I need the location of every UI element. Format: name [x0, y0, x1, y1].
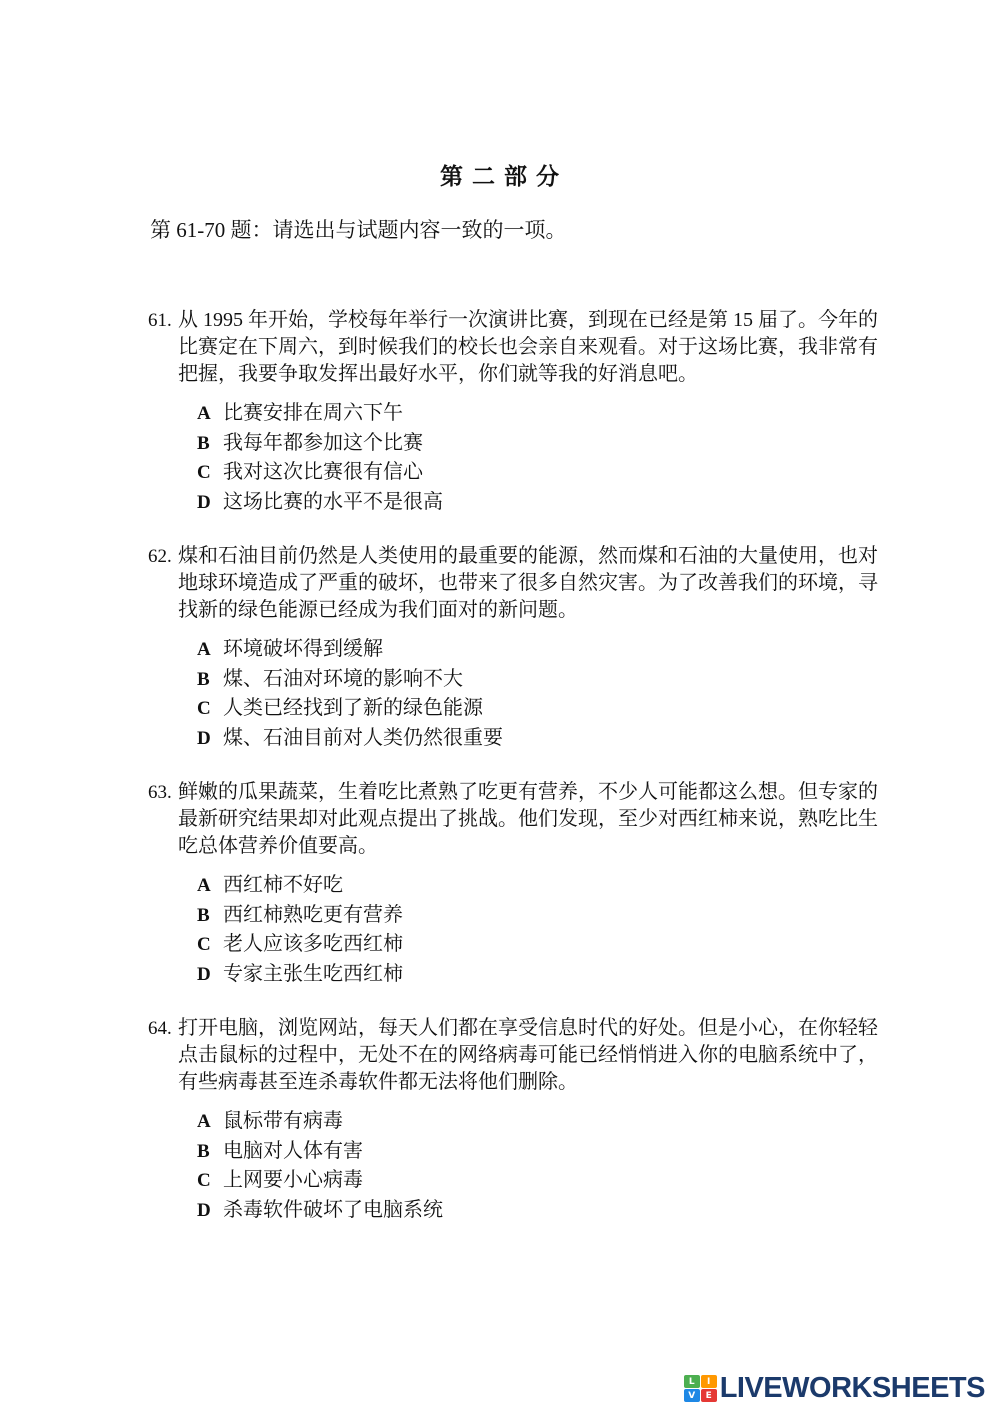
- option-61-c[interactable]: C 我对这次比赛很有信心: [197, 458, 939, 488]
- liveworksheets-logo[interactable]: L I V E LIVEWORKSHEETS: [684, 1372, 985, 1405]
- option-letter: C: [197, 694, 223, 724]
- question-text: 煤和石油目前仍然是人类使用的最重要的能源，然而煤和石油的大量使用，也对地球环境造…: [178, 543, 878, 624]
- option-text: 专家主张生吃西红柿: [223, 960, 403, 990]
- option-letter: D: [197, 1196, 223, 1226]
- question-number: 63.: [148, 779, 178, 806]
- option-text: 老人应该多吃西红柿: [223, 930, 403, 960]
- question-number: 62.: [148, 543, 178, 570]
- options-63: A 西红柿不好吃 B 西红柿熟吃更有营养 C 老人应该多吃西红柿 D 专家主张生…: [197, 871, 939, 989]
- question-list: 61. 从 1995 年开始，学校每年举行一次演讲比赛，到现在已经是第 15 届…: [0, 307, 999, 1225]
- question-62: 62. 煤和石油目前仍然是人类使用的最重要的能源，然而煤和石油的大量使用，也对地…: [148, 543, 939, 753]
- option-63-c[interactable]: C 老人应该多吃西红柿: [197, 930, 939, 960]
- option-64-a[interactable]: A 鼠标带有病毒: [197, 1107, 939, 1137]
- question-61: 61. 从 1995 年开始，学校每年举行一次演讲比赛，到现在已经是第 15 届…: [148, 307, 939, 517]
- option-text: 比赛安排在周六下午: [223, 399, 403, 429]
- options-64: A 鼠标带有病毒 B 电脑对人体有害 C 上网要小心病毒 D 杀毒软件破坏了电脑…: [197, 1107, 939, 1225]
- option-letter: A: [197, 399, 223, 429]
- option-62-b[interactable]: B 煤、石油对环境的影响不大: [197, 665, 939, 695]
- option-letter: B: [197, 1137, 223, 1167]
- section-title: 第二部分: [0, 0, 999, 191]
- option-text: 我每年都参加这个比赛: [223, 429, 423, 459]
- option-text: 鼠标带有病毒: [223, 1107, 343, 1137]
- option-text: 杀毒软件破坏了电脑系统: [223, 1196, 443, 1226]
- option-62-c[interactable]: C 人类已经找到了新的绿色能源: [197, 694, 939, 724]
- option-63-a[interactable]: A 西红柿不好吃: [197, 871, 939, 901]
- logo-square-i: I: [701, 1375, 717, 1388]
- option-letter: A: [197, 635, 223, 665]
- option-text: 上网要小心病毒: [223, 1166, 363, 1196]
- option-letter: A: [197, 1107, 223, 1137]
- logo-square-e: E: [701, 1389, 717, 1402]
- option-letter: C: [197, 458, 223, 488]
- option-letter: D: [197, 960, 223, 990]
- options-62: A 环境破坏得到缓解 B 煤、石油对环境的影响不大 C 人类已经找到了新的绿色能…: [197, 635, 939, 753]
- option-letter: C: [197, 1166, 223, 1196]
- option-61-b[interactable]: B 我每年都参加这个比赛: [197, 429, 939, 459]
- option-62-d[interactable]: D 煤、石油目前对人类仍然很重要: [197, 724, 939, 754]
- question-text: 打开电脑，浏览网站，每天人们都在享受信息时代的好处。但是小心，在你轻轻点击鼠标的…: [178, 1015, 878, 1096]
- logo-square-v: V: [684, 1389, 700, 1402]
- liveworksheets-icon: L I V E: [684, 1375, 717, 1402]
- option-64-b[interactable]: B 电脑对人体有害: [197, 1137, 939, 1167]
- option-61-d[interactable]: D 这场比赛的水平不是很高: [197, 488, 939, 518]
- option-letter: A: [197, 871, 223, 901]
- question-text: 从 1995 年开始，学校每年举行一次演讲比赛，到现在已经是第 15 届了。今年…: [178, 307, 878, 388]
- option-63-b[interactable]: B 西红柿熟吃更有营养: [197, 901, 939, 931]
- document-page: 第二部分 第 61-70 题：请选出与试题内容一致的一项。 61. 从 1995…: [0, 0, 999, 1413]
- option-letter: B: [197, 429, 223, 459]
- option-text: 电脑对人体有害: [223, 1137, 363, 1167]
- option-64-c[interactable]: C 上网要小心病毒: [197, 1166, 939, 1196]
- option-text: 煤、石油对环境的影响不大: [223, 665, 463, 695]
- option-text: 西红柿不好吃: [223, 871, 343, 901]
- instruction-text: 第 61-70 题：请选出与试题内容一致的一项。: [150, 215, 999, 245]
- option-63-d[interactable]: D 专家主张生吃西红柿: [197, 960, 939, 990]
- option-61-a[interactable]: A 比赛安排在周六下午: [197, 399, 939, 429]
- logo-square-l: L: [684, 1375, 700, 1388]
- option-text: 西红柿熟吃更有营养: [223, 901, 403, 931]
- option-letter: B: [197, 665, 223, 695]
- option-64-d[interactable]: D 杀毒软件破坏了电脑系统: [197, 1196, 939, 1226]
- question-number: 61.: [148, 307, 178, 334]
- option-letter: B: [197, 901, 223, 931]
- option-62-a[interactable]: A 环境破坏得到缓解: [197, 635, 939, 665]
- option-text: 人类已经找到了新的绿色能源: [223, 694, 483, 724]
- option-text: 这场比赛的水平不是很高: [223, 488, 443, 518]
- option-text: 煤、石油目前对人类仍然很重要: [223, 724, 503, 754]
- brand-wordmark: LIVEWORKSHEETS: [720, 1372, 985, 1405]
- option-text: 我对这次比赛很有信心: [223, 458, 423, 488]
- question-text: 鲜嫩的瓜果蔬菜，生着吃比煮熟了吃更有营养，不少人可能都这么想。但专家的最新研究结…: [178, 779, 878, 860]
- question-64: 64. 打开电脑，浏览网站，每天人们都在享受信息时代的好处。但是小心，在你轻轻点…: [148, 1015, 939, 1225]
- option-letter: D: [197, 724, 223, 754]
- question-63: 63. 鲜嫩的瓜果蔬菜，生着吃比煮熟了吃更有营养，不少人可能都这么想。但专家的最…: [148, 779, 939, 989]
- option-letter: D: [197, 488, 223, 518]
- option-letter: C: [197, 930, 223, 960]
- option-text: 环境破坏得到缓解: [223, 635, 383, 665]
- options-61: A 比赛安排在周六下午 B 我每年都参加这个比赛 C 我对这次比赛很有信心 D …: [197, 399, 939, 517]
- question-number: 64.: [148, 1015, 178, 1042]
